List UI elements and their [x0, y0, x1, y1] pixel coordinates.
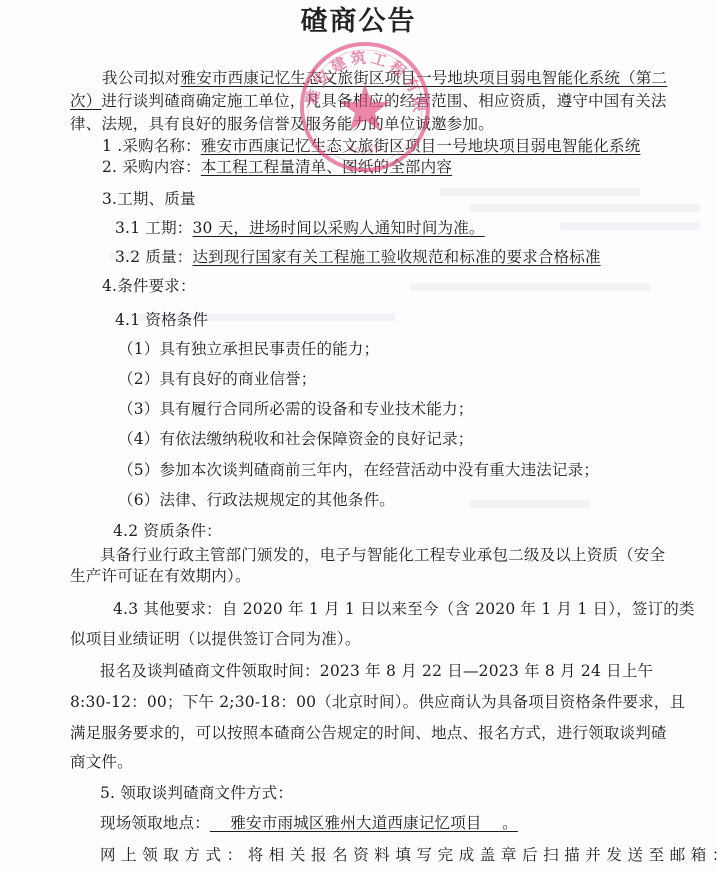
section-3-2: 3.2 质量：达到现行国家有关工程施工验收规范和标准的要求合格标准	[115, 247, 601, 267]
registration-line-3: 满足服务要求的，可以按照本碴商公告规定的时间、地点、报名方式，进行领取谈判碴	[70, 723, 667, 743]
item-value: 本工程工程量清单、图纸的全部内容	[201, 158, 452, 176]
item-label: 3.2 质量：	[115, 248, 192, 266]
registration-line-1: 报名及谈判碴商文件领取时间：2023 年 8 月 22 日—2023 年 8 月…	[100, 661, 653, 681]
bleed-through-line	[560, 222, 700, 230]
online-pickup: 网上领取方式：将相关报名资料填写完成盖章后扫描并发送至邮箱：	[100, 845, 717, 865]
onsite-label: 现场领取地点：	[100, 814, 210, 832]
document-page: 碴商公告 我公司拟对雅安市西康记忆生态文旅街区项目一号地块项目弱电智能化系统（第…	[0, 0, 717, 874]
intro-text: 进行谈判碴商确定施工单位，凡具备相应的经营范围、相应资质，遵守中国有关法	[101, 92, 666, 110]
registration-line-2: 8:30-12：00；下午 2;30-18：00（北京时间）。供应商认为具备项目…	[70, 692, 685, 712]
item-procurement-content: 2. 采购内容：本工程工程量清单、图纸的全部内容	[102, 157, 452, 177]
item-procurement-name: 1 .采购名称：雅安市西康记忆生态文旅街区项目一号地块项目弱电智能化系统	[102, 136, 640, 156]
section-5-heading: 5. 领取谈判碴商文件方式：	[100, 783, 293, 803]
page-title: 碴商公告	[0, 6, 717, 38]
qualification-item: （1）具有独立承担民事责任的能力；	[118, 339, 379, 359]
item-value: 雅安市西康记忆生态文旅街区项目一号地块项目弱电智能化系统	[201, 137, 641, 155]
section-4-1-heading: 4.1 资格条件	[115, 310, 208, 330]
section-4-2-line-2: 生产许可证在有效期内）。	[70, 566, 251, 586]
onsite-pickup: 现场领取地点： 雅安市雨城区雅州大道西康记忆项目 。	[100, 813, 518, 833]
intro-line-3: 律、法规，具有良好的服务信誉及服务能力的单位诚邀参加。	[70, 114, 494, 134]
item-label: 2. 采购内容：	[102, 158, 201, 176]
bleed-through-line	[410, 283, 650, 291]
section-4-3-line-2: 似项目业绩证明（以提供签订合同为准）。	[70, 629, 361, 649]
qualification-item: （4）有依法缴纳税收和社会保障资金的良好记录；	[118, 429, 473, 449]
item-label: 3.1 工期：	[115, 219, 192, 237]
section-4-3-line-1: 4.3 其他要求：自 2020 年 1 月 1 日以来至今（含 2020 年 1…	[113, 599, 695, 619]
intro-line-1: 我公司拟对雅安市西康记忆生态文旅街区项目一号地块项目弱电智能化系统（第二	[102, 68, 667, 88]
bleed-through-line	[470, 500, 590, 508]
section-4-2-line-1: 具备行业行政主管部门颁发的，电子与智能化工程专业承包二级及以上资质（安全	[100, 545, 665, 565]
item-label: 1 .采购名称：	[102, 137, 201, 155]
section-3-heading: 3.工期、质量	[102, 189, 196, 209]
intro-line-2: 次）进行谈判碴商确定施工单位，凡具备相应的经营范围、相应资质，遵守中国有关法	[70, 91, 667, 111]
section-3-1: 3.1 工期：30 天，进场时间以采购人通知时间为准。	[115, 218, 485, 238]
bleed-through-line	[470, 204, 700, 212]
project-name-underlined: 雅安市西康记忆生态文旅街区项目一号地块项目弱电智能化系统（第二	[181, 69, 668, 87]
onsite-address: 雅安市雨城区雅州大道西康记忆项目 。	[210, 814, 518, 832]
qualification-item: （6）法律、行政法规规定的其他条件。	[118, 490, 395, 510]
qualification-item: （5）参加本次谈判碴商前三年内，在经营活动中没有重大违法记录；	[118, 460, 599, 480]
project-name-underlined-cont: 次）	[70, 92, 101, 110]
item-value: 达到现行国家有关工程施工验收规范和标准的要求合格标准	[192, 248, 600, 266]
bleed-through-line	[440, 188, 640, 196]
item-value: 30 天，进场时间以采购人通知时间为准。	[192, 219, 484, 237]
qualification-item: （2）具有良好的商业信誉；	[118, 369, 316, 389]
registration-line-4: 商文件。	[70, 752, 133, 772]
intro-prefix: 我公司拟对	[102, 69, 181, 87]
qualification-item: （3）具有履行合同所必需的设备和专业技术能力；	[118, 399, 473, 419]
section-4-heading: 4.条件要求：	[102, 276, 196, 296]
section-4-2-heading: 4.2 资质条件：	[113, 521, 222, 541]
